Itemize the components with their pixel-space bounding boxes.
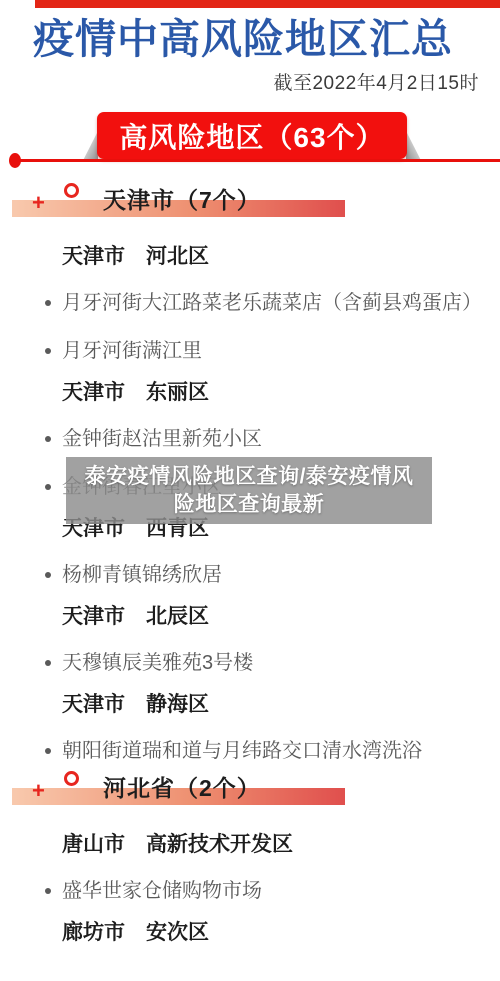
section-header-hebei: + 河北省（2个）: [0, 768, 500, 806]
bullet-dot-icon: [45, 436, 51, 442]
district-heading: 天津市 静海区: [62, 692, 474, 718]
district-heading: 唐山市 高新技术开发区: [62, 832, 474, 858]
district-heading: 天津市 河北区: [62, 244, 474, 270]
page-title: 疫情中高风险地区汇总: [33, 6, 453, 65]
district-heading: 廊坊市 安次区: [62, 920, 474, 946]
bullet-dot-icon: [45, 660, 51, 666]
list-item: 盛华世家仓储购物市场: [0, 874, 500, 908]
bullet-dot-icon: [45, 888, 51, 894]
ribbon-fold-left-icon: [83, 131, 98, 159]
section-label: 天津市（7个）: [103, 182, 261, 215]
list-item: 朝阳街道瑞和道与月纬路交口清水湾洗浴: [0, 734, 500, 768]
bullet-dot-icon: [45, 748, 51, 754]
watermark-overlay: 泰安疫情风险地区查询/泰安疫情风 险地区查询最新: [66, 457, 432, 524]
bullet-dot-icon: [45, 300, 51, 306]
list-item: 杨柳青镇锦绣欣居: [0, 558, 500, 592]
list-item: 月牙河街大江路菜老乐蔬菜店（含蓟县鸡蛋店）: [0, 286, 500, 320]
list-item-text: 月牙河街满江里: [62, 340, 202, 362]
list-item-text: 盛华世家仓储购物市场: [62, 880, 262, 902]
list-item: 天穆镇辰美雅苑3号楼: [0, 646, 500, 680]
banner-row: 高风险地区（63个）: [0, 112, 500, 168]
watermark-line-1: 泰安疫情风险地区查询/泰安疫情风: [85, 463, 414, 491]
district-heading: 天津市 东丽区: [62, 380, 474, 406]
plus-icon: +: [32, 781, 45, 801]
list-item-text: 金钟街赵沽里新苑小区: [62, 428, 262, 450]
list-item-text: 杨柳青镇锦绣欣居: [62, 564, 222, 586]
plus-icon: +: [32, 193, 45, 213]
as-of-date: 截至2022年4月2日15时: [273, 68, 479, 95]
red-rule: [14, 159, 500, 162]
list-item: 月牙河街满江里: [0, 334, 500, 368]
watermark-line-2: 险地区查询最新: [174, 491, 325, 519]
section-header-tianjin: + 天津市（7个）: [0, 180, 500, 218]
section-label: 河北省（2个）: [103, 770, 261, 803]
ring-circle-icon: [64, 183, 79, 198]
list-item-text: 朝阳街道瑞和道与月纬路交口清水湾洗浴: [62, 740, 422, 762]
high-risk-banner: 高风险地区（63个）: [97, 112, 407, 159]
bullet-dot-icon: [45, 484, 51, 490]
bullet-dot-icon: [45, 348, 51, 354]
ribbon-fold-right-icon: [406, 131, 421, 159]
risk-area-list: + 天津市（7个） 天津市 河北区 月牙河街大江路菜老乐蔬菜店（含蓟县鸡蛋店） …: [0, 180, 500, 946]
ring-circle-icon: [64, 771, 79, 786]
list-item-text: 月牙河街大江路菜老乐蔬菜店（含蓟县鸡蛋店）: [62, 292, 482, 314]
list-item: 金钟街赵沽里新苑小区: [0, 422, 500, 456]
list-item-text: 天穆镇辰美雅苑3号楼: [62, 652, 253, 674]
bullet-dot-icon: [45, 572, 51, 578]
infographic-page: 疫情中高风险地区汇总 截至2022年4月2日15时 高风险地区（63个） + 天…: [0, 0, 500, 981]
high-risk-banner-label: 高风险地区（63个）: [119, 116, 384, 156]
district-heading: 天津市 北辰区: [62, 604, 474, 630]
